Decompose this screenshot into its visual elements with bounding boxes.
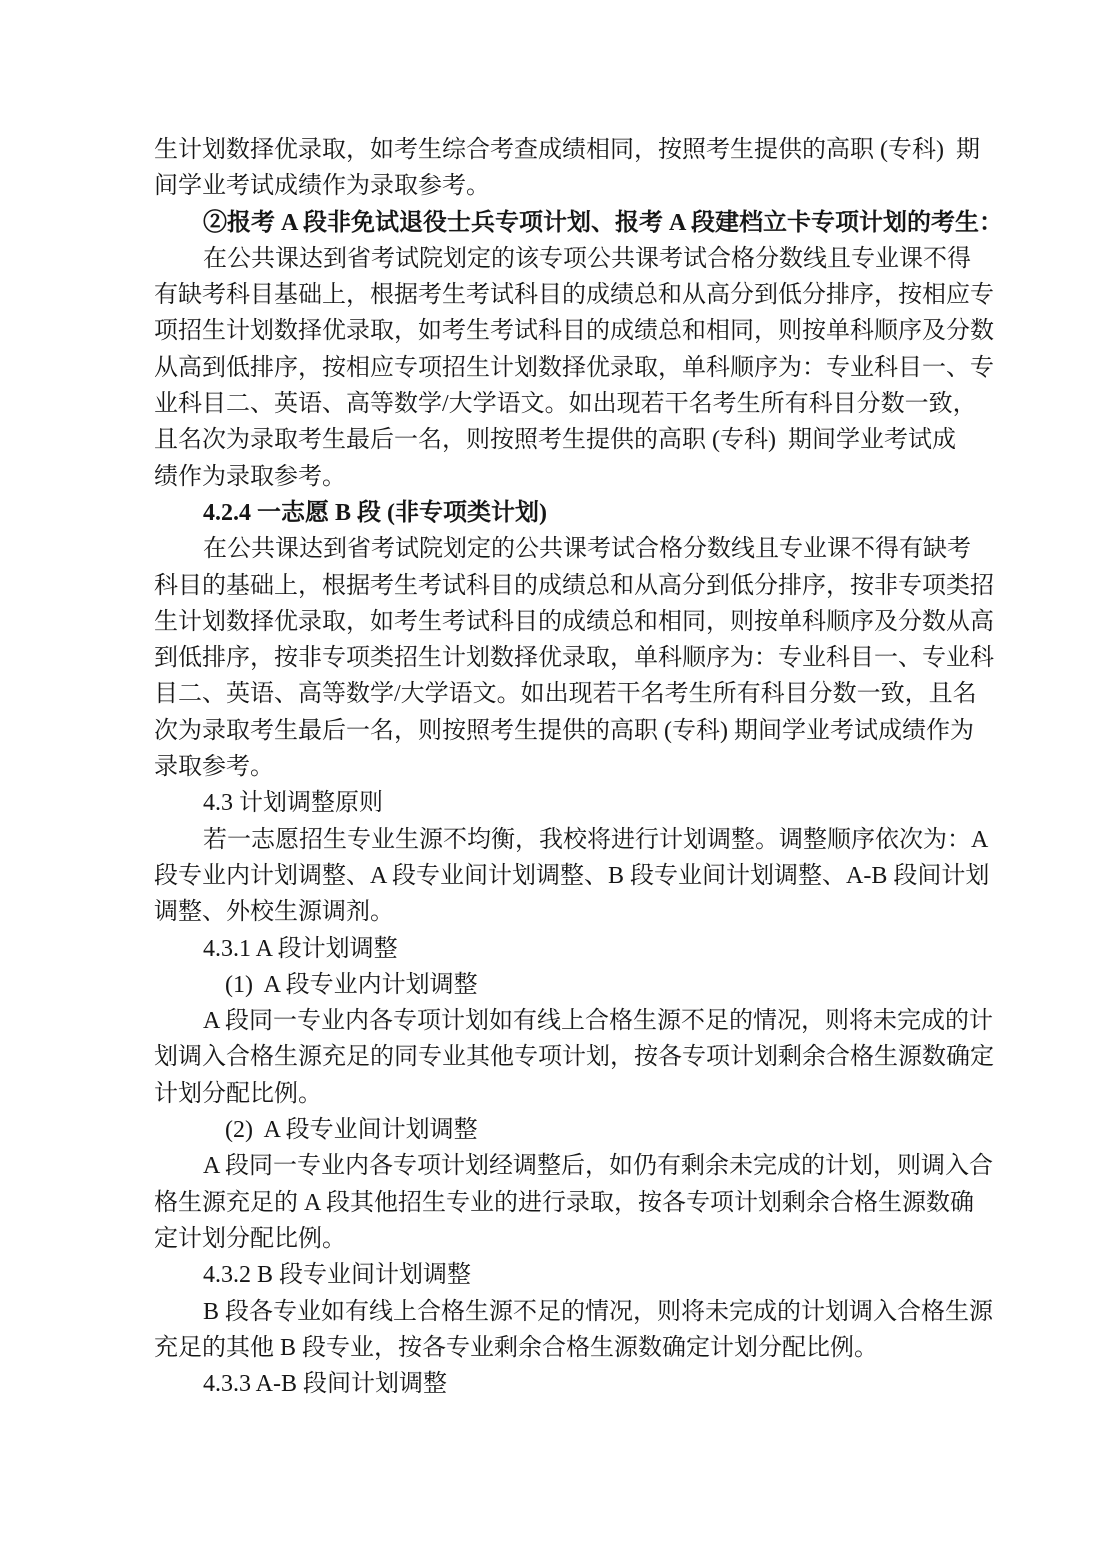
text-line: (2) A 段专业间计划调整 [154,1112,946,1148]
heading-line: ②报考 A 段非免试退役士兵专项计划、报考 A 段建档立卡专项计划的考生： [154,205,946,241]
text-line: 若一志愿招生专业生源不均衡，我校将进行计划调整。调整顺序依次为：A [154,822,946,858]
text-line: 在公共课达到省考试院划定的该专项公共课考试合格分数线且专业课不得 [154,241,946,277]
text-line: A 段同一专业内各专项计划如有线上合格生源不足的情况，则将未完成的计 [154,1003,946,1039]
text-line: A 段同一专业内各专项计划经调整后，如仍有剩余未完成的计划，则调入合 [154,1148,946,1184]
text-line: 次为录取考生最后一名，则按照考生提供的高职 (专科) 期间学业考试成绩作为 [154,713,946,749]
text-line: 且名次为录取考生最后一名，则按照考生提供的高职 (专科) 期间学业考试成 [154,422,946,458]
text-line: 4.3.1 A 段计划调整 [154,931,946,967]
text-line: 项招生计划数择优录取，如考生考试科目的成绩总和相同，则按单科顺序及分数 [154,313,946,349]
text-line: 格生源充足的 A 段其他招生专业的进行录取，按各专项计划剩余合格生源数确 [154,1185,946,1221]
text-line: 段专业内计划调整、A 段专业间计划调整、B 段专业间计划调整、A-B 段间计划 [154,858,946,894]
text-line: 生计划数择优录取，如考生综合考查成绩相同，按照考生提供的高职 (专科) 期 [154,132,946,168]
text-line: 充足的其他 B 段专业，按各专业剩余合格生源数确定计划分配比例。 [154,1330,946,1366]
text-line: 业科目二、英语、高等数学/大学语文。如出现若干名考生所有科目分数一致， [154,386,946,422]
text-line: 科目的基础上，根据考生考试科目的成绩总和从高分到低分排序，按非专项类招 [154,568,946,604]
text-line: 定计划分配比例。 [154,1221,946,1257]
text-line: 4.3 计划调整原则 [154,785,946,821]
text-line: (1) A 段专业内计划调整 [154,967,946,1003]
text-line: 到低排序，按非专项类招生计划数择优录取，单科顺序为：专业科目一、专业科 [154,640,946,676]
text-line: 4.3.2 B 段专业间计划调整 [154,1257,946,1293]
text-line: 在公共课达到省考试院划定的公共课考试合格分数线且专业课不得有缺考 [154,531,946,567]
text-line: 从高到低排序，按相应专项招生计划数择优录取，单科顺序为：专业科目一、专 [154,350,946,386]
text-line: 录取参考。 [154,749,946,785]
text-line: 目二、英语、高等数学/大学语文。如出现若干名考生所有科目分数一致，且名 [154,676,946,712]
text-line: 生计划数择优录取，如考生考试科目的成绩总和相同，则按单科顺序及分数从高 [154,604,946,640]
text-line: 4.3.3 A-B 段间计划调整 [154,1366,946,1402]
text-line: 绩作为录取参考。 [154,459,946,495]
text-line: 间学业考试成绩作为录取参考。 [154,168,946,204]
text-line: 有缺考科目基础上，根据考生考试科目的成绩总和从高分到低分排序，按相应专 [154,277,946,313]
heading-line: 4.2.4 一志愿 B 段 (非专项类计划) [154,495,946,531]
document-page: 生计划数择优录取，如考生综合考查成绩相同，按照考生提供的高职 (专科) 期间学业… [0,0,1102,1559]
text-line: 划调入合格生源充足的同专业其他专项计划，按各专项计划剩余合格生源数确定 [154,1039,946,1075]
document-body: 生计划数择优录取，如考生综合考查成绩相同，按照考生提供的高职 (专科) 期间学业… [154,132,946,1402]
text-line: 计划分配比例。 [154,1076,946,1112]
text-line: 调整、外校生源调剂。 [154,894,946,930]
text-line: B 段各专业如有线上合格生源不足的情况，则将未完成的计划调入合格生源 [154,1294,946,1330]
